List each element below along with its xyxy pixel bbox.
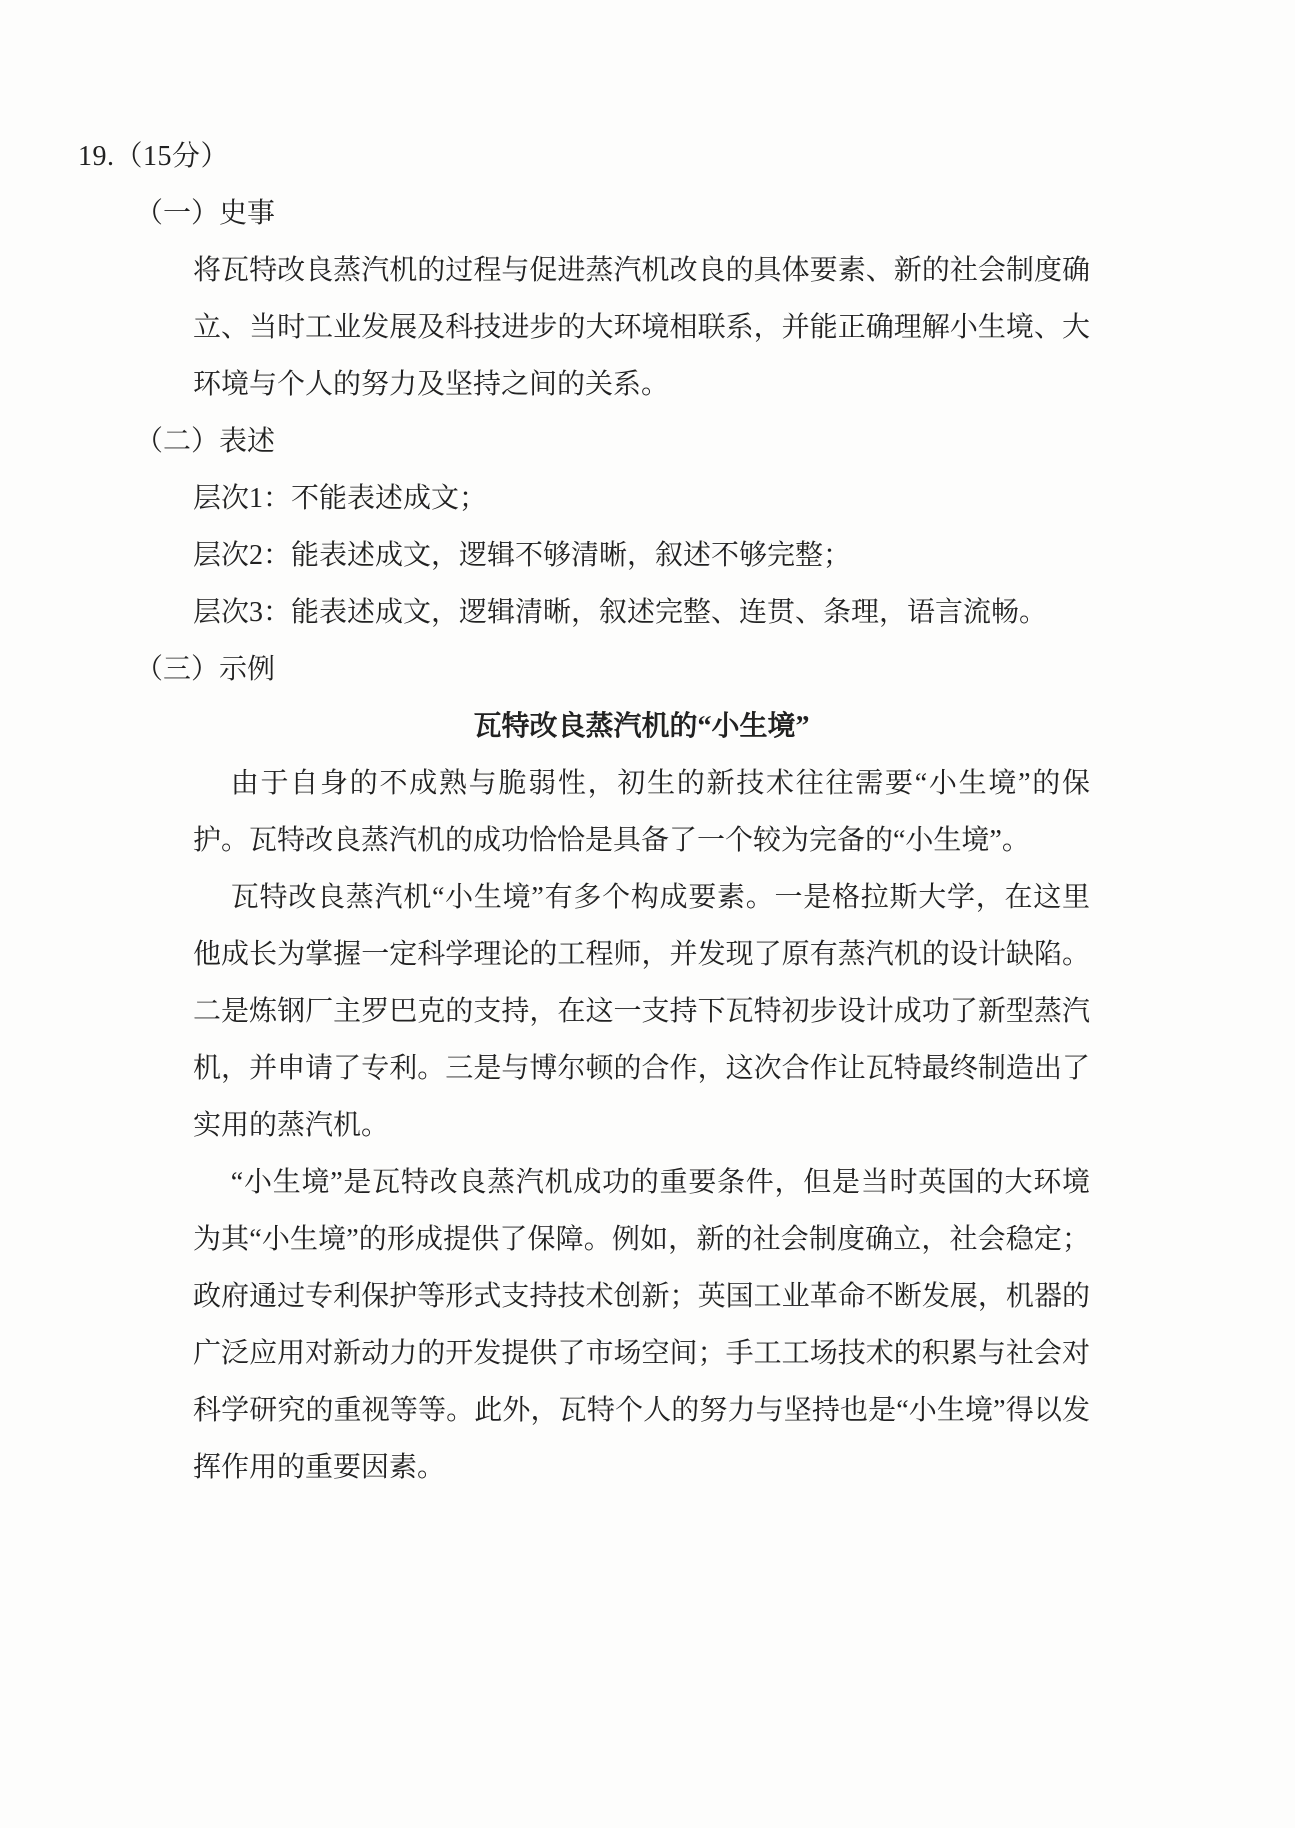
essay-paragraph-2: 瓦特改良蒸汽机“小生境”有多个构成要素。一是格拉斯大学，在这里他成长为掌握一定科… — [193, 869, 1090, 1154]
essay-paragraph-1: 由于自身的不成熟与脆弱性，初生的新技术往往需要“小生境”的保护。瓦特改良蒸汽机的… — [193, 755, 1090, 869]
section-biaoshu-heading: （二）表述 — [135, 413, 1295, 470]
rubric-level-3: 层次3：能表述成文，逻辑清晰，叙述完整、连贯、条理，语言流畅。 — [193, 584, 1090, 641]
section-shishi-paragraph: 将瓦特改良蒸汽机的过程与促进蒸汽机改良的具体要素、新的社会制度确立、当时工业发展… — [193, 242, 1090, 413]
section-biaoshu: （二）表述 层次1：不能表述成文； 层次2：能表述成文，逻辑不够清晰，叙述不够完… — [78, 413, 1295, 641]
section-shishi-heading: （一）史事 — [135, 185, 1295, 242]
section-shili-heading: （三）示例 — [135, 641, 1295, 698]
essay-title: 瓦特改良蒸汽机的“小生境” — [193, 698, 1090, 755]
section-shishi: （一）史事 将瓦特改良蒸汽机的过程与促进蒸汽机改良的具体要素、新的社会制度确立、… — [78, 185, 1295, 413]
essay-paragraph-3: “小生境”是瓦特改良蒸汽机成功的重要条件，但是当时英国的大环境为其“小生境”的形… — [193, 1154, 1090, 1496]
rubric-level-1: 层次1：不能表述成文； — [193, 470, 1090, 527]
question-number: 19.（15分） — [78, 128, 1295, 185]
rubric-level-2: 层次2：能表述成文，逻辑不够清晰，叙述不够完整； — [193, 527, 1090, 584]
document-page: 19.（15分） （一）史事 将瓦特改良蒸汽机的过程与促进蒸汽机改良的具体要素、… — [0, 0, 1295, 1828]
section-shili: （三）示例 瓦特改良蒸汽机的“小生境” 由于自身的不成熟与脆弱性，初生的新技术往… — [78, 641, 1295, 1496]
